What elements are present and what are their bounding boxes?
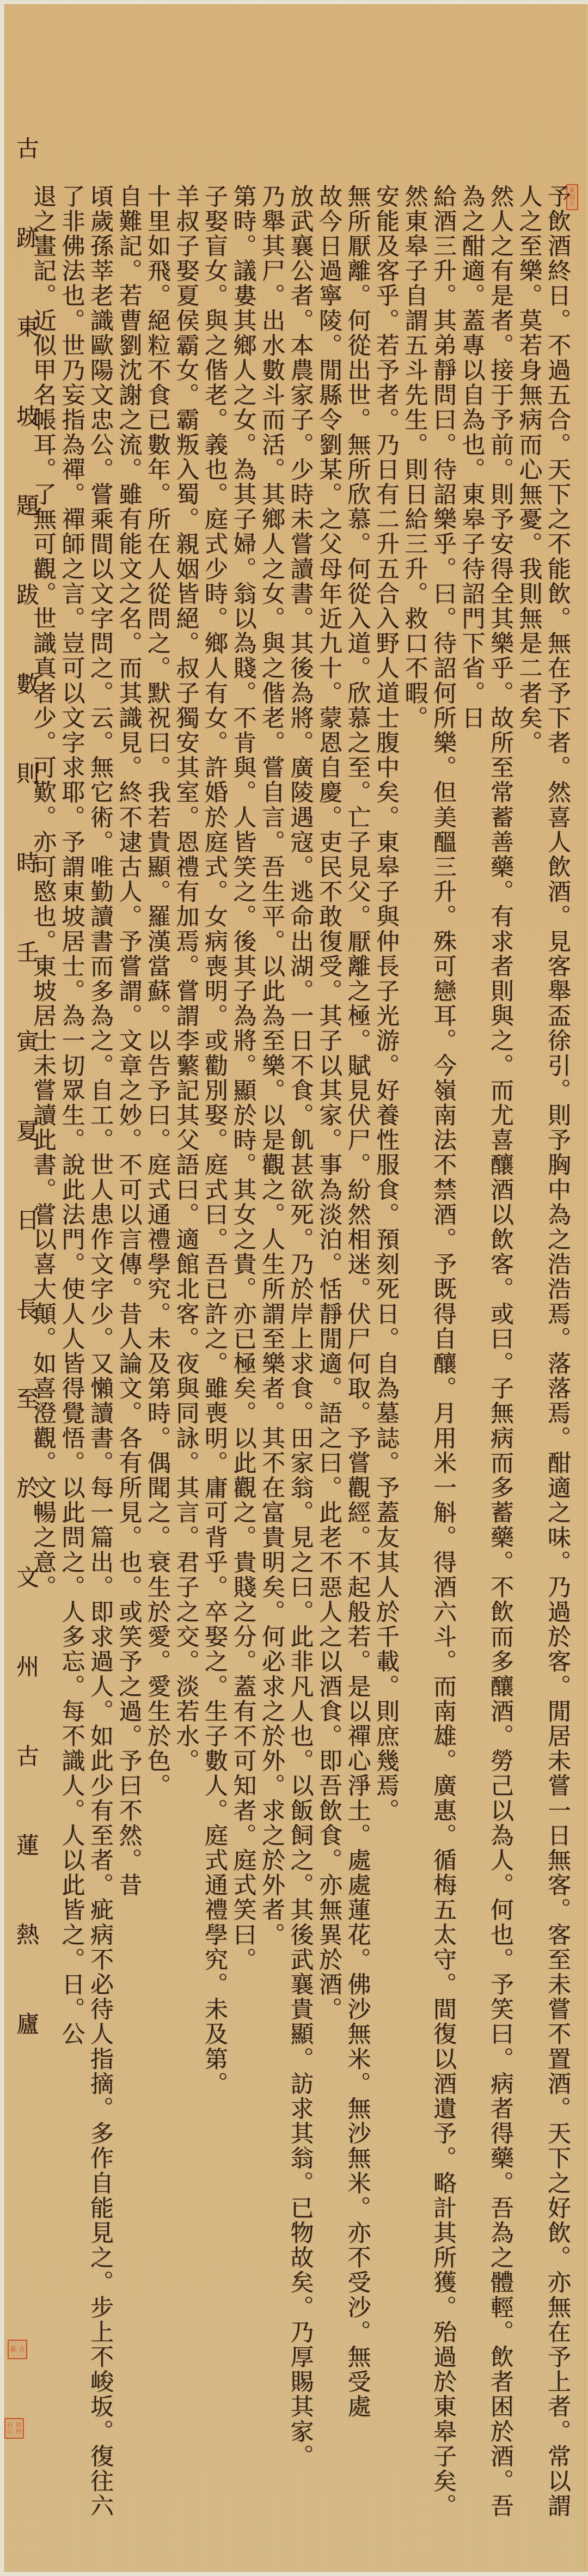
scroll-top-margin bbox=[0, 0, 588, 4]
text-column: 無所厭離。何從出世。無所欣慕。何從入道。欣慕之至。亡子見父。厭離之極。賦見伏尸。… bbox=[343, 184, 372, 2526]
text-column: 給酒三升。其弟靜問曰。待詔樂乎。曰。待詔何所樂。但美醞三升。殊可戀耳。今嶺南法不… bbox=[400, 184, 457, 2526]
calligraphy-main-text: 予飲酒終日。不過五合。天下之不能飲。無在予下者。然喜人飲酒。見客舉盃徐引。則予胸… bbox=[29, 184, 572, 2526]
text-column: 第時。議婁其鄉人之女。為其子婦。翁以為賤。不肯與。人皆笑之。後其子為將。顯於時。… bbox=[229, 184, 258, 2526]
seal-glyph: 山 bbox=[5, 2428, 14, 2435]
scroll-left-margin bbox=[0, 0, 4, 2576]
seal-top-right: 眞 而 古 bbox=[566, 184, 578, 210]
text-column: 故今日過寧陵。閒縣令劉某。之父母年近九十。蒙恩自慶。吏民不敢復受。其子以其家。事… bbox=[315, 184, 344, 2526]
text-column: 羊叔子娶夏侯霸女。霸叛入蜀。親姻皆絕。叔子獨安其室。恩禮有加焉。嘗謂李蘩記其父語… bbox=[171, 184, 200, 2526]
seal-glyph: 古 bbox=[567, 200, 577, 207]
inscription-signature: 古跡東坡題跋數則時壬寅夏日長至於文州古蓮熱廬 bbox=[10, 136, 42, 2424]
text-column: 乃舉其尸。出水數斗而活。其鄉人之女。與之偕老。嘗自言。吾生平。以此為至樂。以是觀… bbox=[258, 184, 286, 2526]
seal-glyph: 房 bbox=[14, 2428, 23, 2435]
text-column: 了非佛法也。世乃妄指為禪。禪師之言。豈可以文字求耶。予謂東坡居士。為一切眾生。說… bbox=[57, 184, 86, 2526]
scroll-bottom-margin bbox=[0, 2572, 588, 2576]
text-column: 予飲酒終日。不過五合。天下之不能飲。無在予下者。然喜人飲酒。見客舉盃徐引。則予胸… bbox=[514, 184, 572, 2526]
seal-bottom-left: 石 田 山 房 bbox=[4, 2418, 24, 2439]
text-column: 自難記。若曹劉沈謝之流。雖有能文之名。而其識見。終不逮古人。予嘗謂。文章之妙。不… bbox=[114, 184, 143, 2526]
text-column: 安能及客乎。若予者。乃日有二升五合入野人道士腹中矣。東皋子與仲長子光游。好養性服… bbox=[372, 184, 401, 2526]
text-column: 子娶盲女。與之偕老。義也。庭式少時。鄉人有女。許婚於庭式。女病喪明。或勸別娶。庭… bbox=[200, 184, 229, 2526]
seal-signature: 嘉 古 bbox=[8, 2340, 27, 2359]
text-column: 放武襄公者。本農家子。少時未嘗讀書。其後為將。廣陵遇寇。逃命出湖。一日不食。飢甚… bbox=[286, 184, 315, 2526]
seal-glyph: 古 bbox=[17, 2346, 26, 2353]
text-column: 十里如飛。絕粒不食已數年。所在人從問之。默祝曰。我若貴顯。羅漢當蘇。以告予曰。庭… bbox=[143, 184, 172, 2526]
text-column: 頃歲孫莘老識歐陽文忠公。嘗乘間以文字問之。云。無它術。唯勤讀書而多為之。自工。世… bbox=[86, 184, 115, 2526]
text-column: 然人之有是者。接于予前。則予安得全其樂乎。故所至常蓄善藥。有求者則與之。而尤喜釀… bbox=[457, 184, 514, 2526]
seal-glyph: 嘉 bbox=[9, 2346, 17, 2353]
